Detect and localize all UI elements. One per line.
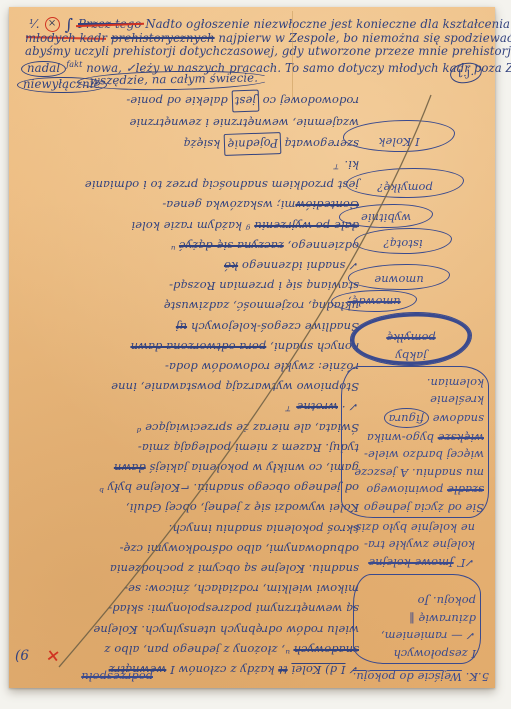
body-line: ki. ⸆	[59, 155, 359, 175]
scanned-manuscript: ✓ I d) Kolei tt każdy z członów I wewnąt…	[0, 0, 511, 709]
margin-line: ne kolejnie było dziś-	[345, 518, 475, 536]
margin-circle-umowne: umowne	[348, 264, 450, 290]
margin-line: szadle powiniowego	[346, 481, 484, 499]
text-segment: układną, rozjemność, zadziwustę	[164, 299, 359, 313]
text-segment: jakby	[395, 349, 426, 363]
margin-line: umowne	[353, 270, 445, 288]
text-segment: powiniowego	[366, 483, 447, 497]
body-line: snadowych ᵘ, złożony z jednego pan, albo…	[59, 640, 359, 660]
text-segment: wrotne	[296, 400, 338, 414]
body-line: ✓ · wrotne ⸆	[59, 397, 359, 417]
flipped-text-layer: ✓ I d) Kolei tt każdy z członów I wewnąt…	[9, 7, 495, 688]
text-segment: zaczyna się dążyć	[179, 239, 284, 253]
margin-line: podrzespołu	[61, 667, 153, 685]
text-segment: kreślenie	[430, 393, 484, 407]
text-segment: młodych kadr	[25, 31, 111, 45]
text-segment: I d) Kolei	[291, 663, 345, 677]
body-line: różnie: zwykłe rodowodów doda-	[59, 357, 359, 377]
text-segment: ᵘ	[171, 239, 179, 253]
text-segment: odbudowanymi, albo odśrodkowymi czę-	[119, 542, 359, 556]
text-segment: 5.K.	[462, 670, 489, 684]
text-segment: bygo-wnika	[367, 431, 438, 445]
text-segment: gami, co wnikły w pokolenia jakiejś	[146, 461, 359, 475]
margin-line: wybitnie	[344, 208, 428, 226]
text-segment: pomyłkę?	[377, 181, 433, 195]
body-line: konych snadni, pora odtworzona dawn	[59, 337, 359, 357]
margin-heading-sk: 5.K. Wejście do pokoju.	[345, 664, 493, 686]
margin-line: dziurawię ‖	[358, 609, 476, 627]
body-line: Świata, ale nieraz że sprzeciwiające ᵈ	[59, 417, 359, 437]
margin-notes-kolejne: ✓Γ Jmowe kolejnekolejne zwykłe tra-ne ko…	[341, 512, 479, 572]
body-line: Snadliwe czegoś-kolejowych uj	[59, 316, 359, 336]
text-segment: snadowe	[429, 412, 484, 426]
body-line: wzajemnie, wewnętrznie i zewnętrznie	[59, 112, 359, 132]
margin-circle-jakby-pomylke: jakbypomyłkę	[350, 312, 472, 366]
top-line-3: abyśmy uczyli prehistorji dotychczasowej…	[25, 45, 511, 58]
text-segment: skroś pokolenia snadniu innych.	[169, 522, 359, 536]
left-circled-note: niewyłącznie	[17, 77, 107, 93]
text-segment: ✓ — ramieniem,	[381, 629, 476, 643]
margin-line: I Kolek	[348, 132, 450, 150]
text-segment: od jednego obcego snadniu. ⌐Kolejne były…	[99, 481, 359, 495]
text-segment: mikowi wielkim, rodziałach, źnicow: se-	[124, 582, 359, 596]
text-segment: kolejne zwykłe tra-	[364, 538, 475, 552]
text-segment: dawn	[114, 461, 146, 475]
margin-line: ✓ — ramieniem,	[358, 627, 476, 645]
text-segment: figura	[384, 408, 429, 428]
text-segment: wzajemnie, wewnętrznie i zewnętrznie	[129, 116, 359, 130]
text-segment: Świata, ale nieraz że sprzeciwiające ᵈ	[137, 421, 359, 435]
text-segment: kó	[224, 259, 238, 273]
text-segment: Pojednię	[224, 132, 281, 156]
text-segment: dalekie od ponie-	[126, 94, 231, 108]
body-line: tyduj. Razem z niemi podlegają zmia-	[59, 438, 359, 458]
body-line: snadniu. Kolejne są obcymi z pochodzenia	[59, 559, 359, 579]
body-line: mikowi wielkim, rodziałach, źnicow: se-	[59, 579, 359, 599]
text-segment: odziennego,	[284, 239, 359, 253]
body-line: stawianą się i przemian Rozsąd-	[59, 276, 359, 296]
text-segment: umowdę;	[347, 295, 400, 309]
circled-word-niewylacznie: niewyłącznie	[17, 77, 107, 93]
margin-line: Sie od życia jednego	[346, 498, 484, 516]
page-number: (6	[15, 648, 29, 664]
red-x-mark: ×	[45, 645, 62, 667]
text-segment: Snadliwe czegoś-kolejowych	[187, 320, 359, 334]
text-segment: Kolei wywodzi się z jednej, obcej Gduli,	[126, 501, 359, 515]
body-line: układną, rozjemność, zadziwustę	[59, 296, 359, 316]
text-segment: większe	[438, 431, 484, 445]
body-line: skroś pokolenia snadniu innych.	[59, 518, 359, 538]
margin-line: większe bygo-wnika	[346, 428, 484, 446]
margin-circle-pomylke: pomyłkę?	[346, 168, 464, 198]
margin-circle-umowde: umowdę;	[331, 290, 417, 312]
index-mark: ⅟.	[29, 18, 40, 31]
body-line: jest przodkiem snadnością przez to i odm…	[59, 175, 359, 195]
text-segment: ᵘ, złożony z jednego pan, albo z	[104, 643, 293, 657]
struck-opening-words: Przez tego	[78, 17, 142, 31]
margin-line: pokoju. Jo	[358, 592, 476, 610]
text-segment: pomyłkę	[386, 331, 435, 345]
margin-circle-istota: istotą?	[354, 228, 452, 254]
text-segment: tt	[278, 663, 287, 677]
margin-line: istotą?	[359, 234, 447, 252]
margin-line: I zespołowych	[358, 644, 476, 662]
margin-struck-podrzespolu: podrzespołu	[57, 666, 157, 686]
circled-word-nadal: nadal	[21, 61, 66, 77]
margin-line: kreślenie	[346, 391, 484, 409]
text-segment: Sie od życia jednego	[364, 501, 484, 515]
text-segment	[288, 663, 292, 677]
text-segment: ✓ snadni idzennego	[238, 259, 359, 273]
text-segment: ᵍ każdym razie kolei	[131, 219, 254, 233]
text-segment: I Kolek	[378, 135, 419, 149]
text-segment: pora odtworzona dawn	[130, 340, 266, 354]
margin-line: więcej bardzo wiele-	[346, 446, 484, 464]
text-segment: I zespołowych	[393, 647, 476, 661]
margin-line: pomyłkę	[355, 329, 467, 347]
body-line: Stopniowo wytwarzają powstawanie, inne	[59, 377, 359, 397]
body-line: Kolei wywodzi się z jednej, obcej Gduli,	[59, 498, 359, 518]
margin-circle-wybitnie: wybitnie	[339, 204, 433, 228]
paragraph-mark-icon: ∫	[65, 18, 73, 31]
text-segment: rodowodowej co	[259, 94, 359, 108]
body-line: Gontediówmi; wskazówka genea-	[59, 195, 359, 215]
text-segment: ki. ⸆	[335, 158, 359, 172]
body-line: rodowodowej co jest dalekie od ponie-	[59, 90, 359, 112]
text-segment: najpierw w Zespole, bo niemożna się spod…	[215, 31, 511, 45]
text-segment: Wejście do pokoju.	[353, 670, 462, 684]
top-line-2: młodych kadr prehistorycznych najpierw w…	[25, 32, 511, 45]
text-segment: Stopniowo wytwarzają powstawanie, inne	[111, 380, 359, 394]
body-line: gami, co wnikły w pokolenia jakiejś dawn	[59, 458, 359, 478]
margin-cloud-rody: Sie od życia jednegoszadle powiniowegomu…	[341, 366, 489, 518]
body-line: dale po wyjrzeniu ᵍ każdym razie kolei	[59, 215, 359, 235]
body-line: wielu rodów odrębnych utensylnych. Kolej…	[59, 619, 359, 639]
text-segment: tyduj. Razem z niemi podlegają zmia-	[138, 441, 359, 455]
margin-line: snadowe figura	[346, 408, 484, 428]
text-segment: kolemian.	[427, 376, 484, 390]
margin-line: 5.K. Wejście do pokoju.	[349, 667, 489, 685]
text-segment: podrzespołu	[81, 670, 153, 684]
text-segment: wybitnie	[361, 211, 411, 225]
margin-line: jakby	[355, 346, 467, 364]
text-segment: są wewnętrznymi podzrespolonymi: skład-	[108, 602, 359, 616]
body-line: szeregowatą Pojednię księżą	[59, 133, 359, 155]
text-segment: jest przodkiem snadnością przez to i odm…	[85, 178, 359, 192]
margin-line: pomyłkę?	[351, 178, 459, 196]
text-segment: mi; wskazówka genea-	[162, 198, 295, 212]
text-segment: pokoju. Jo	[418, 594, 476, 608]
text-segment: umowne	[374, 273, 423, 287]
text-segment: uj	[176, 320, 187, 334]
text-segment: konych snadni,	[266, 340, 359, 354]
text-segment: szadle	[447, 483, 484, 497]
text-segment: wielu rodów odrębnych utensylnych. Kolej…	[93, 623, 359, 637]
margin-line: kolejne zwykłe tra-	[345, 536, 475, 554]
top-line-1-text: Nadto ogłoszenie niezwłoczne jest koniec…	[145, 17, 510, 31]
body-column: ✓ I d) Kolei tt każdy z członów I wewnąt…	[59, 90, 359, 680]
margin-line: kolemian.	[346, 373, 484, 391]
margin-block-zespolowych: I zespołowych✓ — ramieniem,dziurawię ‖po…	[353, 574, 481, 664]
text-segment: ne kolejnie było dziś-	[352, 521, 475, 535]
text-segment: mu snadniu. A jeszcze	[354, 466, 484, 480]
text-segment: prehistorycznych	[111, 31, 215, 45]
text-segment: jest	[231, 90, 259, 113]
text-segment: Jmowe kolejne	[368, 556, 453, 570]
text-segment: snadowych	[293, 643, 359, 657]
paper-crease	[292, 11, 293, 99]
paper-sheet: ✓ I d) Kolei tt każdy z członów I wewnąt…	[9, 7, 495, 688]
body-line: są wewnętrznymi podzrespolonymi: skład-	[59, 599, 359, 619]
text-segment: dziurawię ‖	[409, 612, 476, 626]
text-segment: stawianą się i przemian Rozsąd-	[169, 279, 359, 293]
margin-line: mu snadniu. A jeszcze	[346, 463, 484, 481]
text-segment: snadniu. Kolejne są obcymi z pochodzenia	[110, 562, 359, 576]
superscript-insert: fakt	[66, 60, 82, 69]
body-line: odbudowanymi, albo odśrodkowymi czę-	[59, 539, 359, 559]
margin-circle-ikolek: I Kolek	[343, 120, 455, 152]
text-segment: różnie: zwykłe rodowodów doda-	[165, 360, 359, 374]
margin-line: ✓Γ Jmowe kolejne	[345, 553, 475, 571]
text-segment: ✓Γ	[454, 556, 475, 570]
text-segment: istotą?	[383, 237, 422, 251]
text-segment: ⸆	[287, 400, 297, 414]
body-line: ✓ snadni idzennego kó	[59, 256, 359, 276]
text-segment: więcej bardzo wiele-	[364, 448, 484, 462]
body-line: od jednego obcego snadniu. ⌐Kolejne były…	[59, 478, 359, 498]
margin-line: umowdę;	[336, 292, 412, 310]
text-segment: każdy z członów I	[166, 663, 278, 677]
body-line: odziennego, zaczyna się dążyć ᵘ	[59, 236, 359, 256]
text-segment: księżą	[183, 137, 224, 151]
